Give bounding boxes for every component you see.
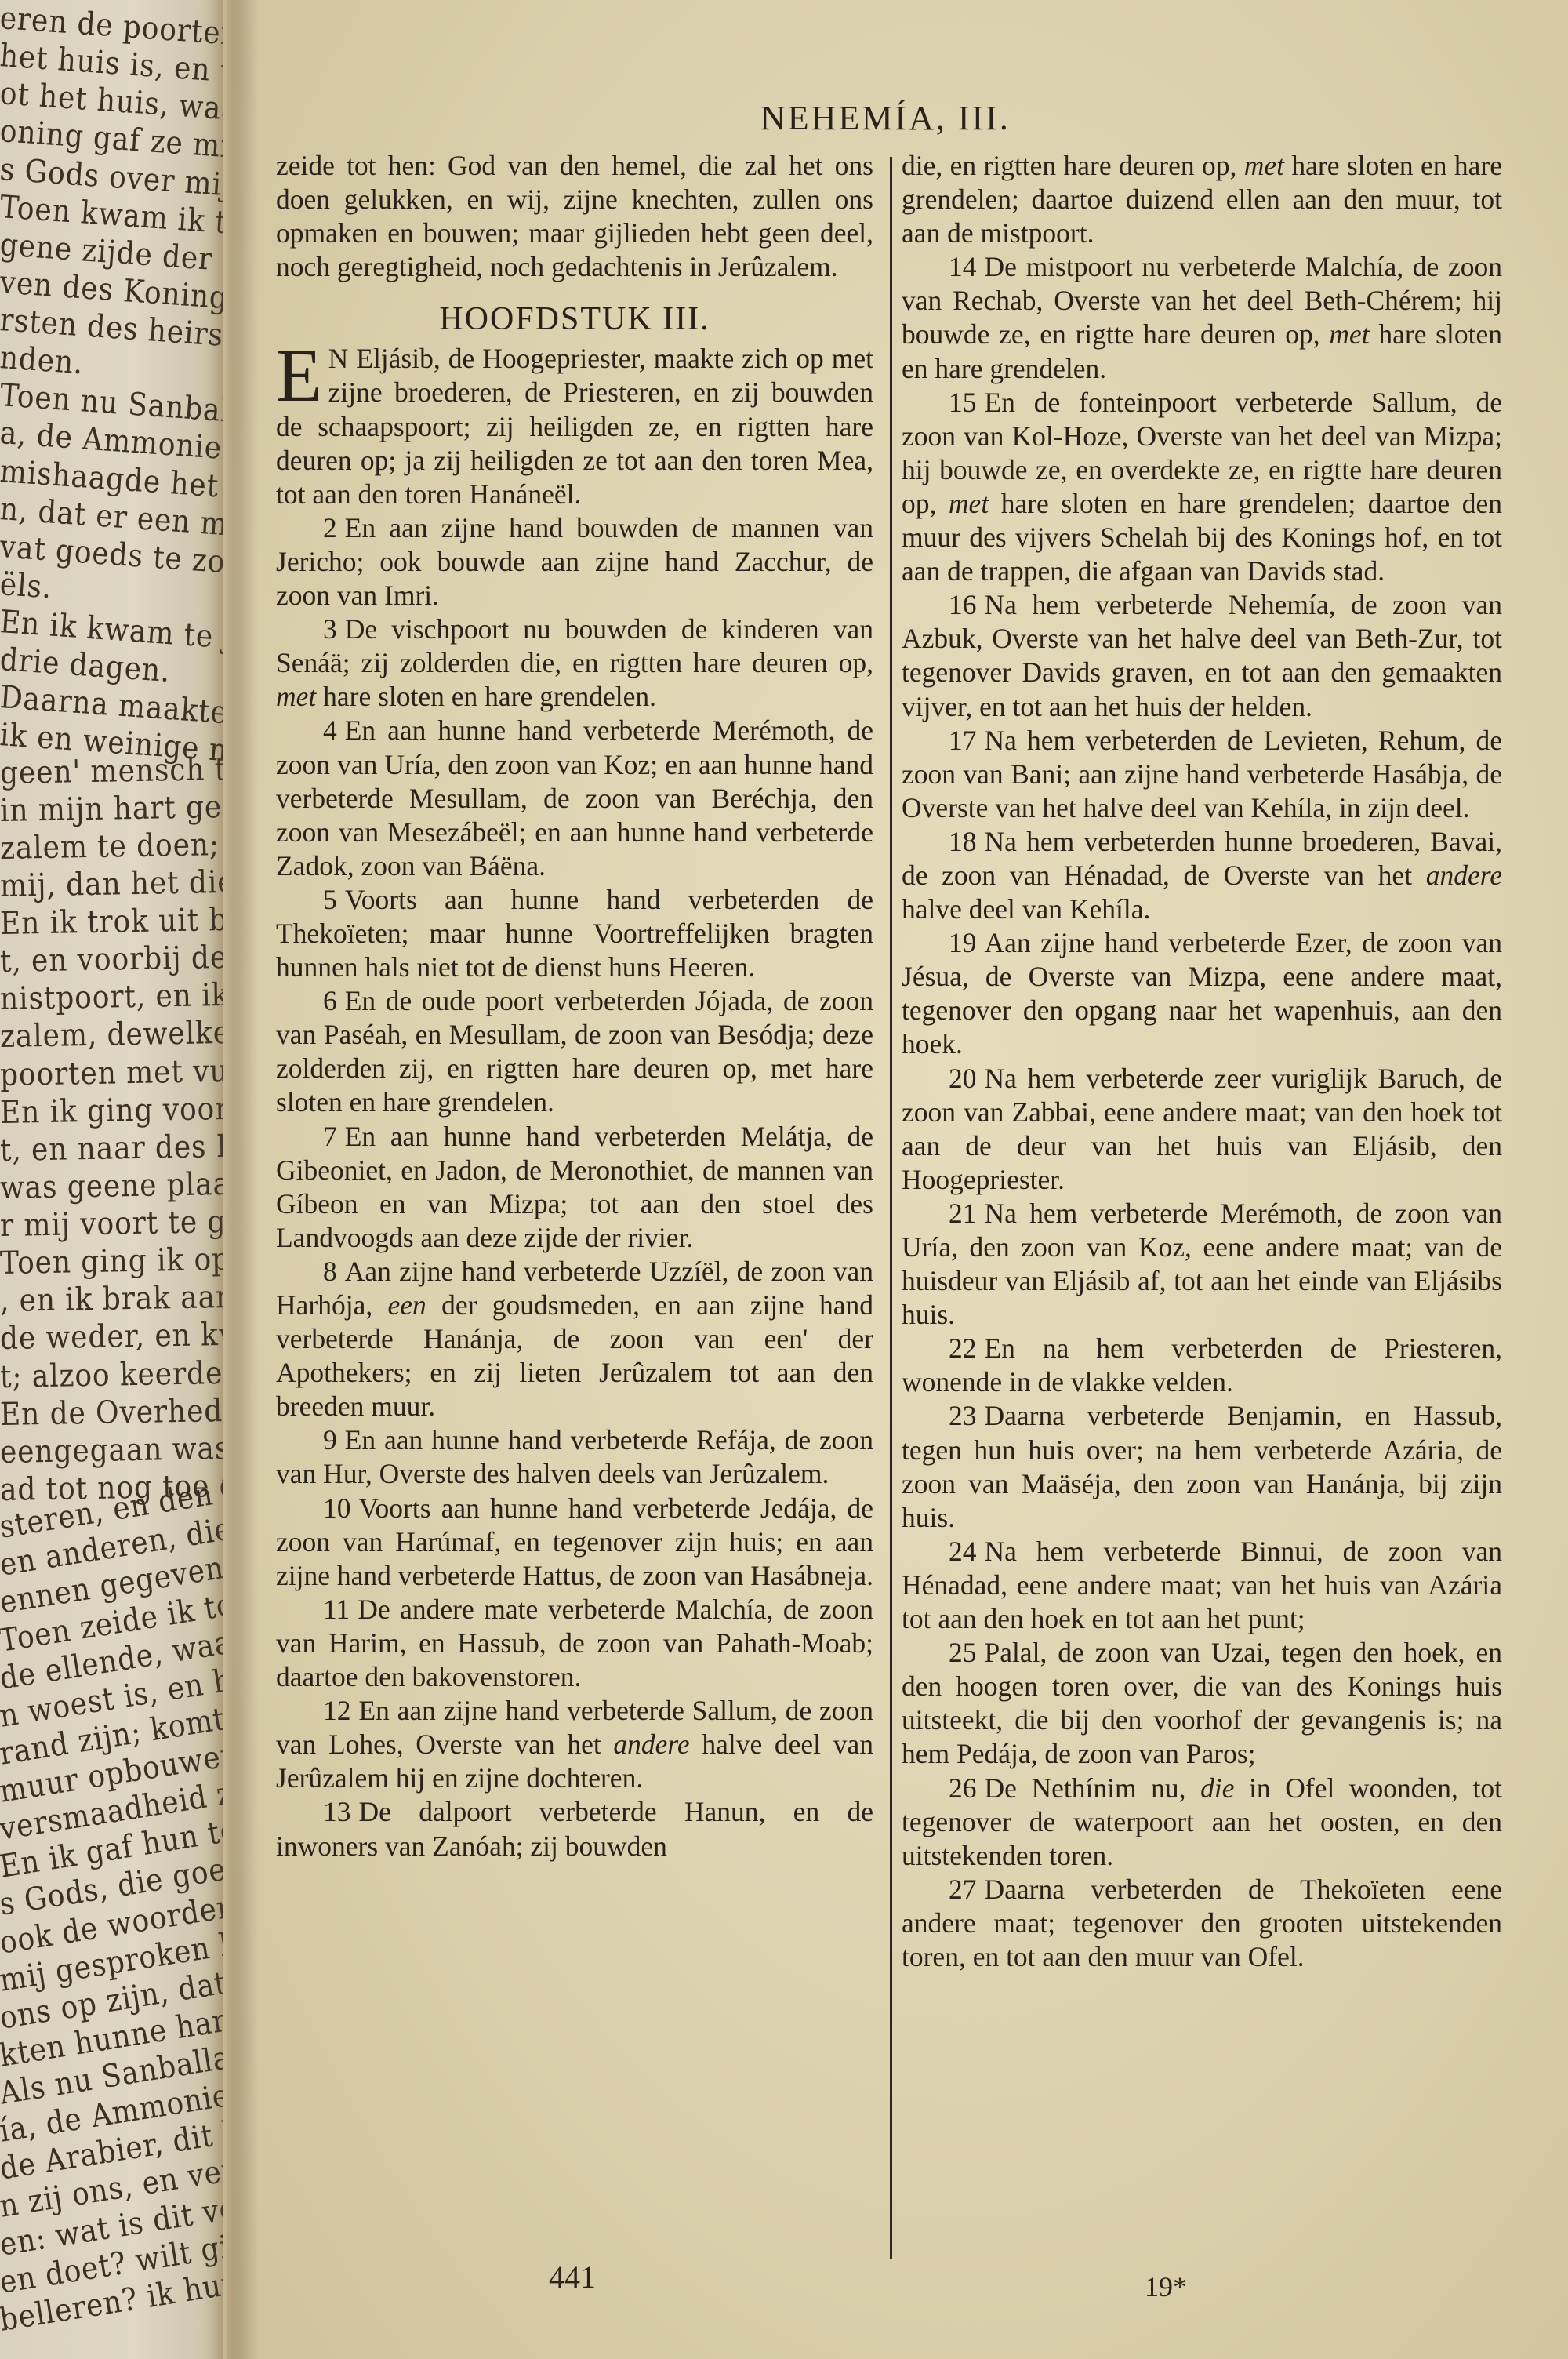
running-head: NEHEMÍA, III. <box>760 98 1011 138</box>
verse-number: 26 <box>949 1772 977 1804</box>
left-page-line: nistpoort, en ik brak aan de <box>0 974 223 1017</box>
verse-number: 3 <box>323 613 337 645</box>
left-page-line: zalem, dewelke verscheurd <box>0 1012 223 1055</box>
verse-13: 13De dalpoort verbeterde Hanun, en de in… <box>276 1795 873 1863</box>
verse-16: 16Na hem verbeterde Nehemía, de zoon van… <box>902 588 1502 723</box>
verse-text: En aan zijne hand bouwden de mannen van … <box>276 512 873 611</box>
verse-1: EN Eljásib, de Hoogepriester, maakte zic… <box>276 342 873 511</box>
verse-number: 18 <box>949 826 977 857</box>
left-page-line: was geene plaats voor het <box>0 1163 223 1206</box>
verse-2: 2En aan zijne hand bouwden de mannen van… <box>276 511 873 612</box>
verse-21: 21Na hem verbeterde Merémoth, de zoon va… <box>902 1197 1502 1332</box>
left-page-line: ëls. <box>0 566 53 606</box>
verse-text: Na hem verbeterde Merémoth, de zoon van … <box>902 1198 1502 1330</box>
book-gutter-shadow <box>212 0 259 2359</box>
verse-text: De vischpoort nu bouwden de kinderen van… <box>276 613 873 678</box>
verse-number: 16 <box>949 589 977 620</box>
verse-7: 7En aan hunne hand verbeterden Melátja, … <box>276 1120 873 1255</box>
verse-number: 6 <box>323 985 337 1016</box>
verse-continuation: zeide tot hen: God van den hemel, die za… <box>276 149 873 284</box>
verse-14: 14De mistpoort nu verbeterde Malchía, de… <box>902 250 1502 385</box>
verse-12: 12En aan zijne hand verbeterde Sallum, d… <box>276 1694 873 1795</box>
verse-10: 10Voorts aan hunne hand verbeterde Jedáj… <box>276 1492 873 1593</box>
left-page-curled-edge: eren de poorten vanhet huis is, en tot d… <box>0 0 223 2359</box>
verse-9: 9En aan hunne hand verbeterde Refája, de… <box>276 1423 873 1491</box>
text-column-right: die, en rigtten hare deuren op, met hare… <box>902 149 1502 1974</box>
verse-list-right: 14De mistpoort nu verbeterde Malchía, de… <box>902 250 1502 1974</box>
verse-number: 25 <box>949 1637 977 1668</box>
verse-text: Na hem verbeterde Binnui, de zoon van Hé… <box>902 1536 1502 1634</box>
left-page-line: eengegaan was, en wat ik <box>0 1427 223 1470</box>
drop-cap: E <box>276 345 322 406</box>
verse-17: 17Na hem verbeterden de Levieten, Rehum,… <box>902 724 1502 825</box>
italic-word: die <box>1200 1772 1234 1804</box>
verse-number: 13 <box>323 1796 351 1827</box>
left-page-line: t; alzoo keerde ik wederom <box>0 1352 223 1395</box>
verse-text: Na hem verbeterde zeer vuriglijk Baruch,… <box>902 1063 1502 1195</box>
verse-19: 19Aan zijne hand verbeterde Ezer, de zoo… <box>902 926 1502 1061</box>
verse-text: Palal, de zoon van Uzai, tegen den hoek,… <box>902 1637 1502 1769</box>
verse-text: Na hem verbeterden de Levieten, Rehum, d… <box>902 725 1502 823</box>
verse-number: 14 <box>949 251 977 282</box>
left-page-line: poorten met vuur verteerd. <box>0 1049 223 1092</box>
verse-text: halve deel van Kehíla. <box>902 893 1150 925</box>
verse-24: 24Na hem verbeterde Binnui, de zoon van … <box>902 1535 1502 1636</box>
page-number: 441 <box>549 2259 596 2295</box>
verse-18: 18Na hem verbeterden hunne broederen, Ba… <box>902 825 1502 926</box>
verse-text: En aan hunne hand verbeterde Refája, de … <box>276 1424 873 1489</box>
italic-word: met <box>1329 318 1369 350</box>
left-page-line: t, en naar des Konings vijver <box>0 1125 223 1169</box>
text-column-left: zeide tot hen: God van den hemel, die za… <box>276 149 873 1863</box>
verse-list-left: 2En aan zijne hand bouwden de mannen van… <box>276 511 873 1863</box>
italic-word: met <box>949 488 989 519</box>
verse-number: 7 <box>323 1121 337 1152</box>
verse-number: 27 <box>949 1874 977 1905</box>
verse-text: Na hem verbeterden hunne broederen, Bava… <box>902 826 1502 891</box>
verse-20: 20Na hem verbeterde zeer vuriglijk Baruc… <box>902 1062 1502 1197</box>
verse-number: 5 <box>323 884 337 915</box>
verse-number: 20 <box>949 1063 977 1094</box>
verse-number: 15 <box>949 387 977 418</box>
verse-number: 8 <box>323 1256 337 1287</box>
verse-text: De andere mate verbeterde Malchía, de zo… <box>276 1594 873 1692</box>
verse-text: En aan hunne hand verbeterden Melátja, d… <box>276 1121 873 1253</box>
verse-text: Voorts aan hunne hand verbeterden de The… <box>276 884 873 983</box>
verse-6: 6En de oude poort verbeterden Jójada, de… <box>276 984 873 1119</box>
verse-4: 4En aan hunne hand verbeterde Merémoth, … <box>276 714 873 882</box>
verse-27: 27Daarna verbeterden de Thekoïeten eene … <box>902 1873 1502 1974</box>
verse-text: Daarna verbeterde Benjamin, en Hassub, t… <box>902 1400 1502 1532</box>
left-page-line: Toen ging ik op, des nachts <box>0 1238 223 1281</box>
verse-5: 5Voorts aan hunne hand verbeterden de Th… <box>276 883 873 984</box>
italic-word: met <box>1244 150 1284 181</box>
verse-text: Voorts aan hunne hand verbeterde Jedája,… <box>276 1492 873 1591</box>
verse-15: 15En de fonteinpoort verbeterde Sallum, … <box>902 386 1502 589</box>
verse-number: 4 <box>323 714 337 746</box>
left-page-line: in mijn hart gegeven had <box>0 786 223 828</box>
left-page-line: de weder, en kwam in de <box>0 1314 223 1357</box>
left-page-line: r mij voort te gaan. <box>0 1203 223 1244</box>
left-page-line: t, en voorbij de drakenfontein <box>0 936 223 980</box>
verse-8: 8Aan zijne hand verbeterde Uzzíël, de zo… <box>276 1255 873 1423</box>
verse-1-text: N Eljásib, de Hoogepriester, maakte zich… <box>276 343 873 509</box>
verse-23: 23Daarna verbeterde Benjamin, en Hassub,… <box>902 1399 1502 1534</box>
verse-26: 26De Nethínim nu, die in Ofel woonden, t… <box>902 1772 1502 1873</box>
verse-text: hare sloten en hare grendelen; daartoe d… <box>902 488 1502 587</box>
verse-number: 12 <box>323 1695 351 1726</box>
verse-number: 9 <box>323 1424 337 1456</box>
verse-11: 11De andere mate verbeterde Malchía, de … <box>276 1593 873 1694</box>
verse-number: 22 <box>949 1332 977 1364</box>
left-page-line: , en ik brak aan den muur <box>0 1277 223 1320</box>
left-page-line: mij, dan het dier, waarop ik <box>0 861 223 904</box>
verse-number: 24 <box>949 1536 977 1567</box>
verse-text: En de oude poort verbeterden Jójada, de … <box>276 985 873 1118</box>
italic-word: andere <box>613 1728 689 1760</box>
verse-number: 2 <box>323 512 337 543</box>
verse-text: En na hem verbeterden de Priesteren, won… <box>902 1332 1502 1398</box>
verse-number: 23 <box>949 1400 977 1431</box>
left-page-line: geen' mensch te kennen, <box>0 748 223 791</box>
verse-number: 21 <box>949 1198 977 1229</box>
continuation-text: die, en rigtten hare deuren op, <box>902 150 1244 181</box>
italic-word: een <box>388 1289 426 1321</box>
verse-number: 10 <box>323 1492 351 1524</box>
italic-word: met <box>276 681 316 712</box>
verse-text: hare sloten en hare grendelen. <box>316 681 656 712</box>
verse-text: Na hem verbeterde Nehemía, de zoon van A… <box>902 589 1502 722</box>
printer-signature-mark: 19* <box>1145 2270 1187 2303</box>
left-page-line: En ik ging voort naar de <box>0 1089 223 1131</box>
verse-text: De Nethínim nu, <box>985 1772 1201 1804</box>
verse-text: En aan hunne hand verbeterde Merémoth, d… <box>276 714 873 881</box>
verse-number: 17 <box>949 725 977 756</box>
verse-25: 25Palal, de zoon van Uzai, tegen den hoe… <box>902 1636 1502 1771</box>
left-page-line: zalem te doen; en er was <box>0 823 223 866</box>
verse-number: 11 <box>323 1594 350 1625</box>
verse-text: De dalpoort verbeterde Hanun, en de inwo… <box>276 1796 873 1861</box>
verse-3: 3De vischpoort nu bouwden de kinderen va… <box>276 612 873 714</box>
verse-number: 19 <box>949 927 977 958</box>
verse-22: 22En na hem verbeterden de Priesteren, w… <box>902 1332 1502 1399</box>
verse-text: Aan zijne hand verbeterde Ezer, de zoon … <box>902 927 1502 1060</box>
left-page-line: En ik trok uit bij nacht <box>0 900 223 942</box>
column-rule <box>890 157 892 2259</box>
chapter-heading: HOOFDSTUK III. <box>276 300 873 339</box>
verse-continuation: die, en rigtten hare deuren op, met hare… <box>902 149 1502 250</box>
italic-word: andere <box>1426 860 1502 891</box>
left-page-line: nden. <box>0 340 85 381</box>
verse-text: Daarna verbeterden de Thekoïeten eene an… <box>902 1874 1502 1972</box>
left-page-line: En de Overheden wisten <box>0 1390 223 1433</box>
